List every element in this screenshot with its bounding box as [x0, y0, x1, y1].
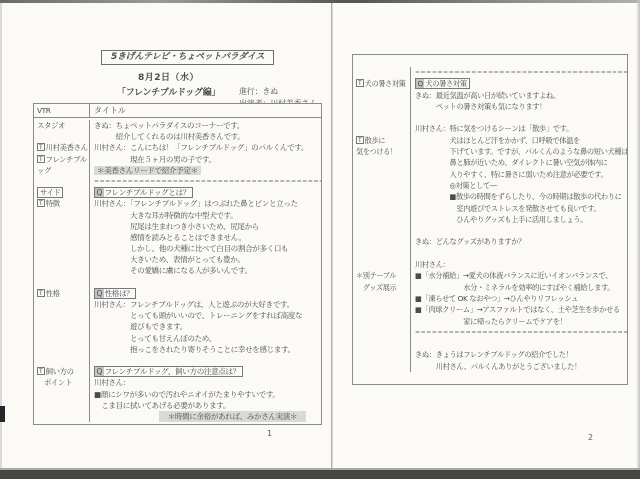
dialogue-cell: 川村さん：「フレンチブルドッグ」はつぶれた鼻とピンと立った: [90, 198, 321, 209]
vtr-label-cell: [353, 236, 411, 247]
question-text: 犬の暑さ対策: [425, 79, 466, 88]
script-line: こま目に拭いてあげる必要があります。: [34, 400, 321, 411]
vtr-label-cell: [34, 333, 90, 344]
telop-badge: T: [37, 199, 45, 207]
vtr-label-cell: [34, 254, 90, 265]
vtr-label-cell: [353, 214, 411, 225]
vtr-label-cell: グッズ展示: [353, 282, 411, 293]
script-line: ■顔にシワが多いので汚れやニオイがたまりやすいです。: [34, 389, 321, 400]
vtr-label-cell: [353, 316, 411, 327]
dialogue-cell: ◎対策として―: [411, 180, 627, 191]
dialogue-cell: 川村さん：こんにちは！「フレンチブルドッグ」のパルくんです。: [90, 142, 321, 153]
script-line: ペットの暑さ対策も気になります！: [353, 101, 627, 112]
script-line: T犬の暑さ対策Q犬の暑さ対策: [353, 78, 627, 89]
script-line: 室内遊びでストレスを発散させても良いです。: [353, 203, 627, 214]
script-line: 感情を読みとることはできません。: [34, 232, 321, 243]
script-line: きぬ：どんなグッズがありますか？: [353, 236, 627, 247]
dialogue-cell: [90, 277, 321, 288]
vtr-label-cell: 気をつける！: [353, 146, 411, 157]
dialogue-cell: 大きいため、表情がとっても豊か。: [90, 254, 321, 265]
dialogue-cell: Qフレンチブルドッグ、飼い方の注意点は？: [90, 366, 321, 377]
note-highlight-centered: ＊時間に余裕があれば、みかさん実演＊: [159, 411, 306, 422]
dialogue-cell: ■顔にシワが多いので汚れやニオイがたまりやすいです。: [90, 389, 321, 400]
vtr-label: フレンチブルド: [46, 155, 90, 164]
dialogue-cell: 川村さん、パルくんありがとうございました！: [411, 361, 627, 372]
column-header-vtr: VTR: [34, 104, 90, 117]
dialogue-cell: きぬ：最近気温が高い日が続いていますよね。: [411, 90, 627, 101]
script-line: [353, 248, 627, 259]
dialogue-cell: 鼻と肺が近いため、ダイレクトに暑い空気が体内に: [411, 157, 627, 168]
dialogue-cell: 現在５ヶ月の男の子です。: [90, 154, 321, 165]
vtr-label-cell: [353, 304, 411, 315]
section-divider: ========================================…: [411, 327, 627, 338]
script-line: サイドQフレンチブルドッグとは？: [34, 187, 321, 198]
vtr-label: ッグ: [37, 166, 51, 175]
scan-edge-right: [636, 0, 640, 479]
vtr-label-cell: T川村美香さん: [34, 142, 90, 153]
question-box: Q性格は？: [94, 288, 136, 299]
vtr-label-cell: [353, 157, 411, 168]
note-highlight: ＊美香さんリードで紹介予定＊: [94, 166, 201, 175]
vtr-label-cell: [353, 327, 411, 338]
vtr-label-cell: [353, 90, 411, 101]
dialogue-cell: Q犬の暑さ対策: [411, 78, 627, 89]
telop-badge: T: [356, 79, 364, 87]
host-credit: 進行：きぬ: [239, 86, 278, 97]
vtr-label-cell: [34, 411, 90, 422]
script-line: 大きな耳が特徴的な中型犬です。: [34, 210, 321, 221]
vtr-label-cell: [353, 112, 411, 123]
vtr-label-cell: [34, 400, 90, 411]
vtr-label-cell: [353, 203, 411, 214]
vtr-label: 散歩に: [365, 136, 385, 145]
dialogue-cell: [411, 248, 627, 259]
script-line: 遊びもできます。: [34, 321, 321, 332]
script-line: 川村さん、パルくんありがとうございました！: [353, 361, 627, 372]
dialogue-cell: [411, 112, 627, 123]
vtr-label-cell: [34, 299, 90, 310]
vtr-label-cell: T犬の暑さ対策: [353, 78, 411, 89]
scan-edge-bottom: [0, 470, 640, 479]
question-badge: Q: [95, 367, 104, 376]
dialogue-cell: ＊美香さんリードで紹介予定＊: [90, 165, 321, 176]
vtr-label-cell: [34, 265, 90, 276]
script-line: T飼い方のQフレンチブルドッグ、飼い方の注意点は？: [34, 366, 321, 377]
script-line: T散歩に 犬はほとんど汗をかかず、口呼吸で体温を: [353, 135, 627, 146]
vtr-label-cell: T特徴: [34, 198, 90, 209]
column-header-title: タイトル: [90, 104, 321, 117]
dialogue-cell: Qフレンチブルドッグとは？: [90, 187, 321, 198]
script-line: [353, 112, 627, 123]
script-line: Tフレンチブルド 現在５ヶ月の男の子です。: [34, 154, 321, 165]
vtr-label-boxed: サイド: [37, 187, 63, 198]
script-line: とっても甘えんぼのため、: [34, 333, 321, 344]
question-box: Qフレンチブルドッグ、飼い方の注意点は？: [94, 366, 243, 377]
script-line: グッズ展示 水分・ミネラルを効率的にすばやく補給します。: [353, 282, 627, 293]
vtr-label: スタジオ: [37, 121, 65, 130]
vtr-label-cell: [34, 210, 90, 221]
vtr-label: 川村美香さん: [46, 143, 88, 152]
telop-badge: T: [37, 155, 45, 163]
vtr-label-cell: [353, 169, 411, 180]
vtr-label-cell: [353, 123, 411, 134]
question-badge: Q: [95, 188, 104, 197]
dialogue-cell: 抱っこをされたり寄りそうことに幸せを感じます。: [90, 344, 321, 355]
dialogue-cell: 感情を読みとることはできません。: [90, 232, 321, 243]
script-line: ＊時間に余裕があれば、みかさん実演＊: [34, 411, 321, 422]
dialogue-cell: 川村さん：: [90, 377, 321, 388]
scan-edge-notch: [0, 406, 5, 422]
question-badge: Q: [416, 79, 424, 88]
dialogue-cell: ひんやりグッズも上手に活用しましょう。: [411, 214, 627, 225]
vtr-label-cell: [353, 191, 411, 202]
script-line: ひんやりグッズも上手に活用しましょう。: [353, 214, 627, 225]
script-table-page1: VTR タイトル スタジオきぬ：ちょペットパラダイスのコーナーです。 紹介してく…: [33, 103, 322, 425]
vtr-label-cell: [353, 248, 411, 259]
script-line: 尻尾は生まれつき小さいため、尻尾から: [34, 221, 321, 232]
vtr-label-cell: [34, 221, 90, 232]
dialogue-cell: 川村さん：フレンチブルドッグは、人と遊ぶのが大好きです。: [90, 299, 321, 310]
script-line: T川村美香さん川村さん：こんにちは！「フレンチブルドッグ」のパルくんです。: [34, 142, 321, 153]
vtr-label-cell: [34, 344, 90, 355]
broadcast-date: 8月2日（水）: [138, 70, 199, 83]
script-line: [34, 277, 321, 288]
script-line: ＊別テーブル■「水分補給」→愛犬の体液バランスに近いイオンバランスで、: [353, 270, 627, 281]
section-divider: ========================================…: [411, 67, 627, 78]
script-line: ========================================…: [34, 176, 321, 187]
vtr-label-cell: ッグ: [34, 165, 90, 176]
vtr-label-cell: ポイント: [34, 377, 90, 388]
script-line: 大きいため、表情がとっても豊か。: [34, 254, 321, 265]
vtr-label-cell: T性格: [34, 288, 90, 299]
dialogue-cell: その愛嬌に虜になる人が多いんです。: [90, 265, 321, 276]
vtr-label: ＊別テーブル: [356, 271, 396, 280]
vtr-label-cell: Tフレンチブルド: [34, 154, 90, 165]
vtr-label-cell: [34, 310, 90, 321]
dialogue-cell: ■散歩の時間をずらしたり、今の時期は散歩の代わりに: [411, 191, 627, 202]
vtr-label: グッズ展示: [356, 283, 396, 292]
vtr-label-cell: [34, 131, 90, 142]
vtr-label-cell: T散歩に: [353, 135, 411, 146]
dialogue-cell: 下げています。ですが、パルくんのような鼻の短い犬種は: [411, 146, 627, 157]
script-line: きぬ：最近気温が高い日が続いていますよね。: [353, 90, 627, 101]
script-line: 紹介してくれるのは川村美香さんです。: [34, 131, 321, 142]
script-line: ========================================…: [353, 327, 627, 338]
telop-badge: T: [37, 289, 45, 297]
dialogue-cell: きぬ：どんなグッズがありますか？: [411, 236, 627, 247]
dialogue-cell: しかし、他の犬種に比べて白目の割合が多く口も: [90, 243, 321, 254]
vtr-label-cell: [353, 67, 411, 78]
script-line: 家に帰ったらクリームでケアを！: [353, 316, 627, 327]
script-line: 入りやすく、特に暑さに弱いため注意が必要です。: [353, 169, 627, 180]
section-divider: ========================================…: [90, 176, 321, 187]
dialogue-cell: ■「凍らせて OK なおやつ」→ひんやりリフレッシュ: [411, 293, 627, 304]
script-lines-page2: ========================================…: [353, 67, 627, 372]
question-text: フレンチブルドッグとは？: [105, 188, 190, 197]
dialogue-cell: [90, 355, 321, 366]
script-lines-page1: スタジオきぬ：ちょペットパラダイスのコーナーです。 紹介してくれるのは川村美香さ…: [34, 118, 321, 424]
dialogue-cell: 紹介してくれるのは川村美香さんです。: [90, 131, 321, 142]
telop-badge: T: [356, 136, 364, 144]
vtr-label: 気をつける！: [356, 147, 397, 156]
vtr-label-cell: [353, 349, 411, 360]
dialogue-cell: きぬ：ちょペットパラダイスのコーナーです。: [90, 120, 321, 131]
script-line: [34, 355, 321, 366]
script-line: しかし、他の犬種に比べて白目の割合が多く口も: [34, 243, 321, 254]
vtr-label-cell: スタジオ: [34, 120, 90, 131]
telop-badge: T: [37, 143, 45, 151]
episode-title: 「フレンチブルドッグ編」: [117, 85, 220, 98]
dialogue-cell: ペットの暑さ対策も気になります！: [411, 101, 627, 112]
script-line: ■散歩の時間をずらしたり、今の時期は散歩の代わりに: [353, 191, 627, 202]
question-box: Q犬の暑さ対策: [415, 78, 470, 89]
dialogue-cell: 大きな耳が特徴的な中型犬です。: [90, 210, 321, 221]
page-number-2: 2: [588, 433, 593, 442]
script-line: [353, 225, 627, 236]
vtr-label-cell: [353, 293, 411, 304]
dialogue-cell: 水分・ミネラルを効率的にすばやく補給します。: [411, 282, 627, 293]
script-line: とっても頭がいいので、トレーニングをすれば高度な: [34, 310, 321, 321]
vtr-label-cell: [353, 180, 411, 191]
vtr-label: 特徴: [46, 199, 60, 208]
question-text: フレンチブルドッグ、飼い方の注意点は？: [105, 367, 240, 376]
script-table-page2: ========================================…: [352, 54, 628, 385]
vtr-label: 飼い方の: [46, 367, 74, 376]
script-line: ■「肉球クリーム」→アスファルトではなく、土や芝生を歩かせる: [353, 304, 627, 315]
dialogue-cell: 犬はほとんど汗をかかず、口呼吸で体温を: [411, 135, 627, 146]
vtr-label-cell: [34, 232, 90, 243]
table-header-row: VTR タイトル: [34, 104, 321, 118]
script-line: 川村さん：: [353, 259, 627, 270]
show-title: 5きげんテレビ・ちょペットパラダイス: [101, 50, 274, 65]
script-line: きぬ：きょうはフレンチブルドッグの紹介でした！: [353, 349, 627, 360]
dialogue-cell: 川村さん：: [411, 259, 627, 270]
script-page-1: 5きげんテレビ・ちょペットパラダイス 8月2日（水） 「フレンチブルドッグ編」 …: [2, 3, 331, 468]
vtr-label-cell: [34, 355, 90, 366]
vtr-label-cell: [353, 361, 411, 372]
question-box: Qフレンチブルドッグとは？: [94, 187, 193, 198]
dialogue-cell: Q性格は？: [90, 288, 321, 299]
vtr-label-cell: [353, 338, 411, 349]
script-line: 気をつける！ 下げています。ですが、パルくんのような鼻の短い犬種は: [353, 146, 627, 157]
dialogue-cell: ＊時間に余裕があれば、みかさん実演＊: [90, 411, 321, 422]
dialogue-cell: ■「水分補給」→愛犬の体液バランスに近いイオンバランスで、: [411, 270, 627, 281]
vtr-label-cell: [353, 225, 411, 236]
script-line: 川村さん：フレンチブルドッグは、人と遊ぶのが大好きです。: [34, 299, 321, 310]
script-line: [353, 338, 627, 349]
vtr-label-cell: T飼い方の: [34, 366, 90, 377]
script-line: ッグ＊美香さんリードで紹介予定＊: [34, 165, 321, 176]
dialogue-cell: [411, 338, 627, 349]
vtr-label-cell: ＊別テーブル: [353, 270, 411, 281]
script-line: ◎対策として―: [353, 180, 627, 191]
script-line: ■「凍らせて OK なおやつ」→ひんやりリフレッシュ: [353, 293, 627, 304]
vtr-label: 性格: [46, 289, 60, 298]
dialogue-cell: 川村さん：特に気をつけるシーンは「散歩」です。: [411, 123, 627, 134]
dialogue-cell: 家に帰ったらクリームでケアを！: [411, 316, 627, 327]
vtr-label: ポイント: [37, 378, 72, 387]
script-line: T特徴川村さん：「フレンチブルドッグ」はつぶれた鼻とピンと立った: [34, 198, 321, 209]
question-badge: Q: [95, 289, 104, 298]
dialogue-cell: とっても頭がいいので、トレーニングをすれば高度な: [90, 310, 321, 321]
dialogue-cell: きぬ：きょうはフレンチブルドッグの紹介でした！: [411, 349, 627, 360]
script-page-2: ========================================…: [333, 3, 640, 468]
script-line: 抱っこをされたり寄りそうことに幸せを感じます。: [34, 344, 321, 355]
dialogue-cell: 入りやすく、特に暑さに弱いため注意が必要です。: [411, 169, 627, 180]
question-text: 性格は？: [105, 289, 134, 298]
dialogue-cell: 室内遊びでストレスを発散させても良いです。: [411, 203, 627, 214]
vtr-label-cell: サイド: [34, 187, 90, 198]
script-line: 川村さん：特に気をつけるシーンは「散歩」です。: [353, 123, 627, 134]
script-line: ========================================…: [353, 67, 627, 78]
script-line: その愛嬌に虜になる人が多いんです。: [34, 265, 321, 276]
script-line: ポイント川村さん：: [34, 377, 321, 388]
dialogue-cell: こま目に拭いてあげる必要があります。: [90, 400, 321, 411]
vtr-label-cell: [34, 321, 90, 332]
telop-badge: T: [37, 367, 45, 375]
vtr-label-cell: [34, 277, 90, 288]
vtr-label-cell: [353, 101, 411, 112]
vtr-label-cell: [353, 259, 411, 270]
page-number-1: 1: [267, 429, 272, 438]
dialogue-cell: 尻尾は生まれつき小さいため、尻尾から: [90, 221, 321, 232]
dialogue-cell: 遊びもできます。: [90, 321, 321, 332]
dialogue-cell: ■「肉球クリーム」→アスファルトではなく、土や芝生を歩かせる: [411, 304, 627, 315]
dialogue-cell: とっても甘えんぼのため、: [90, 333, 321, 344]
vtr-label-cell: [34, 176, 90, 187]
script-line: スタジオきぬ：ちょペットパラダイスのコーナーです。: [34, 120, 321, 131]
script-line: 鼻と肺が近いため、ダイレクトに暑い空気が体内に: [353, 157, 627, 168]
vtr-label-cell: [34, 243, 90, 254]
dialogue-cell: [411, 225, 627, 236]
vtr-label-cell: [34, 389, 90, 400]
script-line: T性格Q性格は？: [34, 288, 321, 299]
vtr-label: 犬の暑さ対策: [365, 79, 406, 88]
